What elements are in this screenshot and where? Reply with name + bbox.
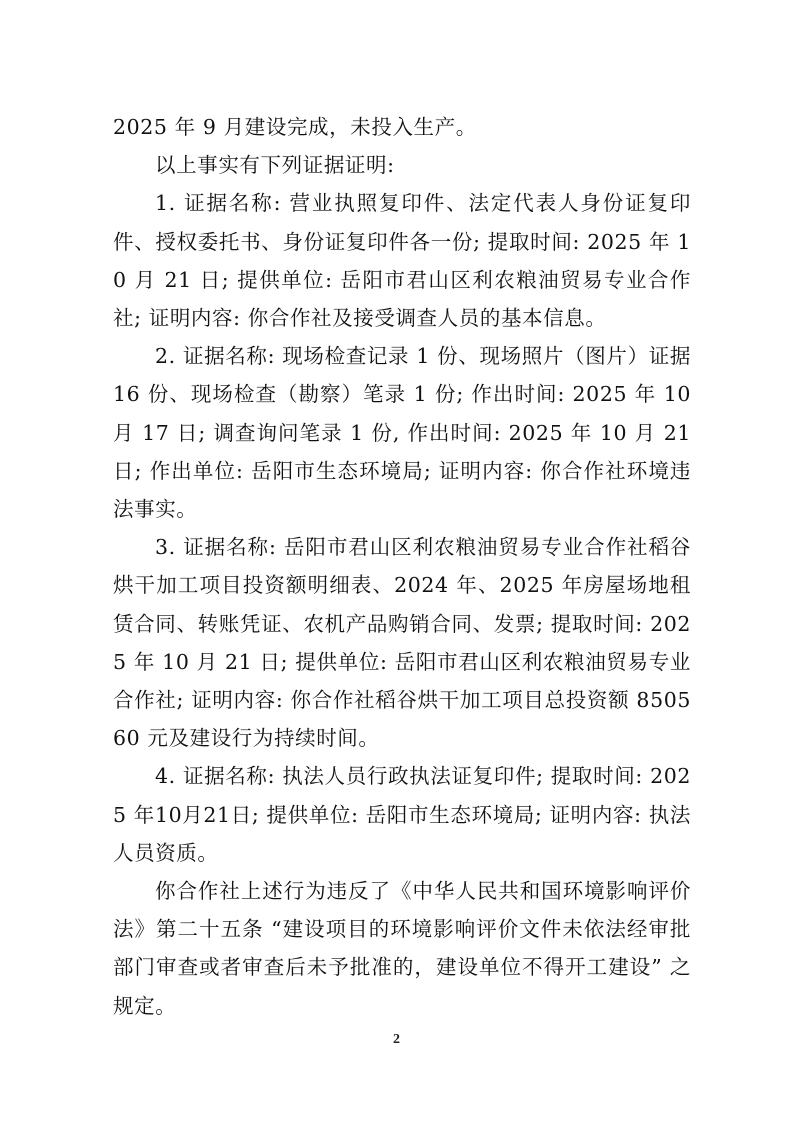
document-page: 2025 年 9 月建设完成，未投入生产。 以上事实有下列证据证明: 1. 证据… [113, 108, 691, 1025]
paragraph-evidence-1: 1. 证据名称: 营业执照复印件、法定代表人身份证复印件、授权委托书、身份证复印… [113, 184, 691, 337]
paragraph-completion-status: 2025 年 9 月建设完成，未投入生产。 [113, 108, 691, 146]
page-number: 2 [0, 1032, 793, 1048]
paragraph-evidence-4: 4. 证据名称: 执法人员行政执法证复印件; 提取时间: 2025 年10月21… [113, 757, 691, 872]
paragraph-evidence-3: 3. 证据名称: 岳阳市君山区利农粮油贸易专业合作社稻谷烘干加工项目投资额明细表… [113, 528, 691, 757]
paragraph-evidence-2: 2. 证据名称: 现场检查记录 1 份、现场照片（图片）证据 16 份、现场检查… [113, 337, 691, 528]
paragraph-evidence-intro: 以上事实有下列证据证明: [113, 146, 691, 184]
paragraph-violation-statement: 你合作社上述行为违反了《中华人民共和国环境影响评价法》第二十五条 “建设项目的环… [113, 872, 691, 1025]
